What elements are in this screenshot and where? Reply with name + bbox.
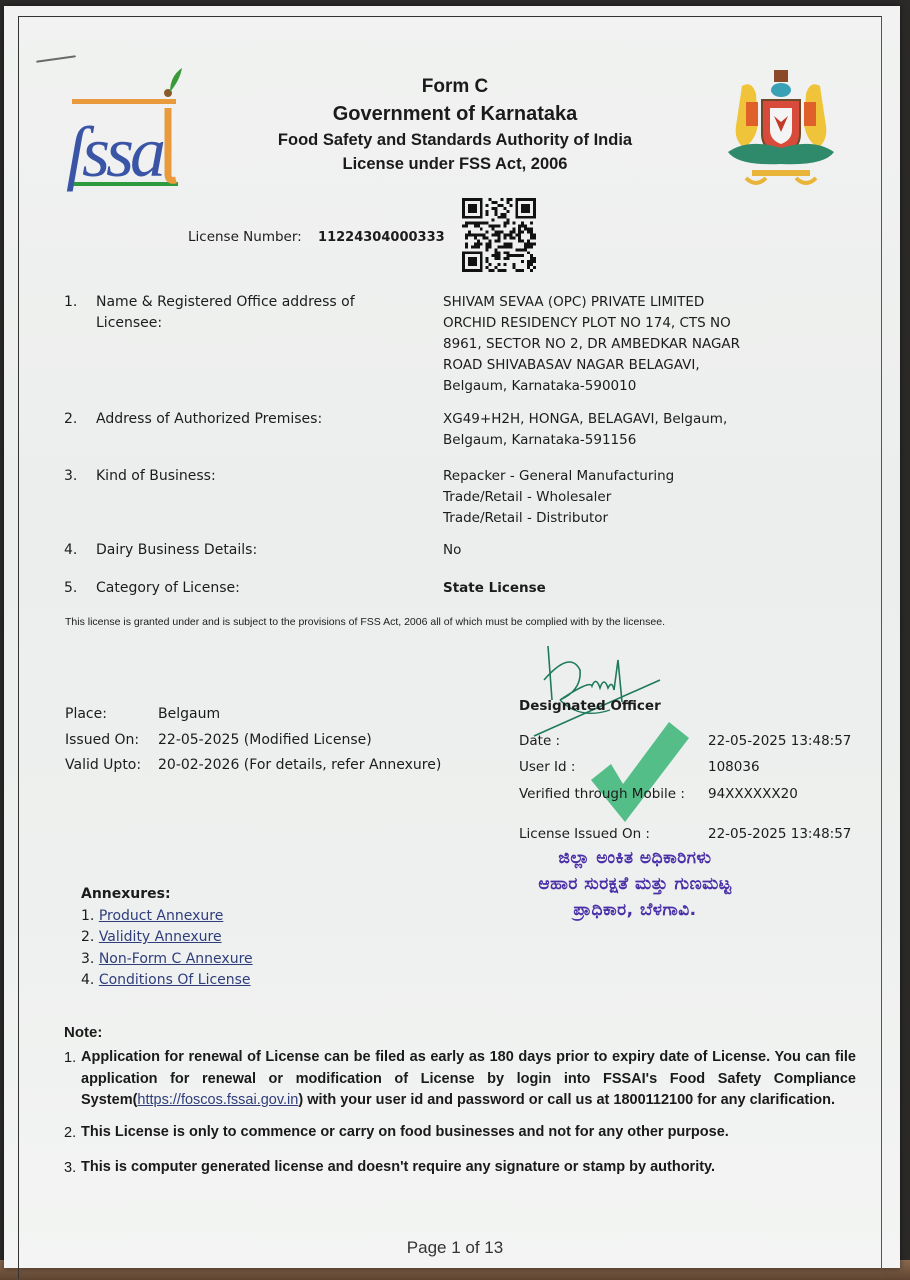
- seal-line: ಪ್ರಾಧಿಕಾರ, ಬೆಳಗಾವಿ.: [510, 897, 760, 923]
- note-text: ) with your user id and password or call…: [298, 1092, 835, 1108]
- detail-value-line: ROAD SHIVABASAV NAGAR BELAGAVI,: [443, 355, 740, 376]
- valid-upto-label: Valid Upto:: [65, 753, 158, 779]
- license-issued-on-value: 22-05-2025 13:48:57: [708, 826, 851, 842]
- detail-value-line: SHIVAM SEVAA (OPC) PRIVATE LIMITED: [443, 292, 740, 313]
- issue-info: Place:Belgaum Issued On:22-05-2025 (Modi…: [65, 702, 441, 779]
- detail-num: 3.: [64, 466, 88, 487]
- annexures-heading: Annexures:: [81, 884, 253, 906]
- annexure-num: 1.: [81, 908, 94, 924]
- government-title: Government of Karnataka: [230, 100, 680, 128]
- detail-value-line: XG49+H2H, HONGA, BELAGAVI, Belgaum,: [443, 409, 727, 430]
- detail-value: No: [443, 540, 461, 561]
- note-num: 3.: [64, 1158, 76, 1180]
- verified-check-icon: [585, 718, 695, 828]
- note-item: 1.Application for renewal of License can…: [64, 1047, 856, 1112]
- note-item: 2.This License is only to commence or ca…: [64, 1122, 856, 1144]
- detail-num: 4.: [64, 540, 88, 561]
- officer-user-value: 108036: [708, 759, 760, 775]
- note-text: This is computer generated license and d…: [81, 1159, 715, 1175]
- issued-on-value: 22-05-2025 (Modified License): [158, 732, 372, 748]
- authority-title: Food Safety and Standards Authority of I…: [230, 128, 680, 152]
- detail-label: Dairy Business Details:: [96, 540, 386, 561]
- grant-statement: This license is granted under and is sub…: [65, 613, 755, 631]
- license-number-value: 11224304000333: [318, 230, 445, 245]
- detail-value: XG49+H2H, HONGA, BELAGAVI, Belgaum,Belga…: [443, 409, 727, 451]
- seal-line: ಜಿಲ್ಲಾ ಅಂಕಿತ ಅಧಿಕಾರಿಗಳು: [510, 845, 760, 871]
- detail-value-line: ORCHID RESIDENCY PLOT NO 174, CTS NO: [443, 313, 740, 334]
- detail-value-line: State License: [443, 578, 546, 599]
- annexure-num: 4.: [81, 972, 94, 988]
- detail-value-line: Repacker - General Manufacturing: [443, 466, 674, 487]
- fssai-logo-icon: ſssa: [62, 66, 190, 192]
- qr-code-icon[interactable]: [461, 198, 537, 272]
- notes-section: Note: 1.Application for renewal of Licen…: [64, 1024, 856, 1179]
- license-number: License Number: 11224304000333: [188, 229, 445, 245]
- valid-upto-value: 20-02-2026 (For details, refer Annexure): [158, 757, 441, 773]
- note-heading: Note:: [64, 1024, 856, 1041]
- detail-value-line: No: [443, 540, 461, 561]
- annexure-num: 3.: [81, 951, 94, 967]
- detail-value: Repacker - General ManufacturingTrade/Re…: [443, 466, 674, 529]
- note-item: 3.This is computer generated license and…: [64, 1157, 856, 1179]
- seal-line: ಆಹಾರ ಸುರಕ್ಷತೆ ಮತ್ತು ಗುಣಮಟ್ಟ: [510, 871, 760, 897]
- annexure-num: 2.: [81, 929, 94, 945]
- detail-label: Address of Authorized Premises:: [96, 409, 386, 430]
- officer-seal: ಜಿಲ್ಲಾ ಅಂಕಿತ ಅಧಿಕಾರಿಗಳು ಆಹಾರ ಸುರಕ್ಷತೆ ಮತ…: [510, 845, 760, 923]
- officer-mobile-value: 94XXXXXX20: [708, 786, 798, 802]
- non-form-c-annexure-link[interactable]: Non-Form C Annexure: [99, 951, 253, 967]
- validity-annexure-link[interactable]: Validity Annexure: [99, 929, 222, 945]
- place-label: Place:: [65, 702, 158, 728]
- detail-value-line: 8961, SECTOR NO 2, DR AMBEDKAR NAGAR: [443, 334, 740, 355]
- foscos-link[interactable]: https://foscos.fssai.gov.in: [137, 1092, 298, 1108]
- product-annexure-link[interactable]: Product Annexure: [99, 908, 224, 924]
- detail-value: SHIVAM SEVAA (OPC) PRIVATE LIMITEDORCHID…: [443, 292, 740, 397]
- note-num: 2.: [64, 1123, 76, 1145]
- act-title: License under FSS Act, 2006: [230, 152, 680, 176]
- page-number: Page 1 of 13: [0, 1238, 910, 1258]
- detail-value-line: Trade/Retail - Wholesaler: [443, 487, 674, 508]
- license-number-label: License Number:: [188, 229, 302, 245]
- detail-value-line: Trade/Retail - Distributor: [443, 508, 674, 529]
- detail-value-line: Belgaum, Karnataka-591156: [443, 430, 727, 451]
- karnataka-emblem-icon: [722, 66, 840, 192]
- license-issued-on-label: License Issued On :: [519, 826, 650, 842]
- note-num: 1.: [64, 1048, 76, 1070]
- annexures: Annexures: 1. Product Annexure 2. Validi…: [81, 884, 253, 992]
- svg-text:ſssa: ſssa: [66, 112, 166, 192]
- detail-label: Name & Registered Office address of Lice…: [96, 292, 386, 334]
- officer-user-label: User Id :: [519, 759, 575, 775]
- place-value: Belgaum: [158, 706, 220, 722]
- officer-date-value: 22-05-2025 13:48:57: [708, 733, 851, 749]
- officer-date-label: Date :: [519, 733, 560, 749]
- detail-num: 2.: [64, 409, 88, 430]
- form-title: Form C: [230, 74, 680, 100]
- conditions-of-license-link[interactable]: Conditions Of License: [99, 972, 251, 988]
- detail-value: State License: [443, 578, 546, 599]
- officer-mobile-label: Verified through Mobile :: [519, 786, 685, 802]
- officer-title: Designated Officer: [519, 698, 661, 714]
- document-header: Form C Government of Karnataka Food Safe…: [230, 74, 680, 176]
- detail-label: Category of License:: [96, 578, 386, 599]
- detail-num: 5.: [64, 578, 88, 599]
- detail-value-line: Belgaum, Karnataka-590010: [443, 376, 740, 397]
- detail-num: 1.: [64, 292, 88, 313]
- detail-label: Kind of Business:: [96, 466, 386, 487]
- designated-officer-title: Designated Officer: [519, 698, 661, 714]
- issued-on-label: Issued On:: [65, 728, 158, 754]
- note-text: This License is only to commence or carr…: [81, 1124, 729, 1140]
